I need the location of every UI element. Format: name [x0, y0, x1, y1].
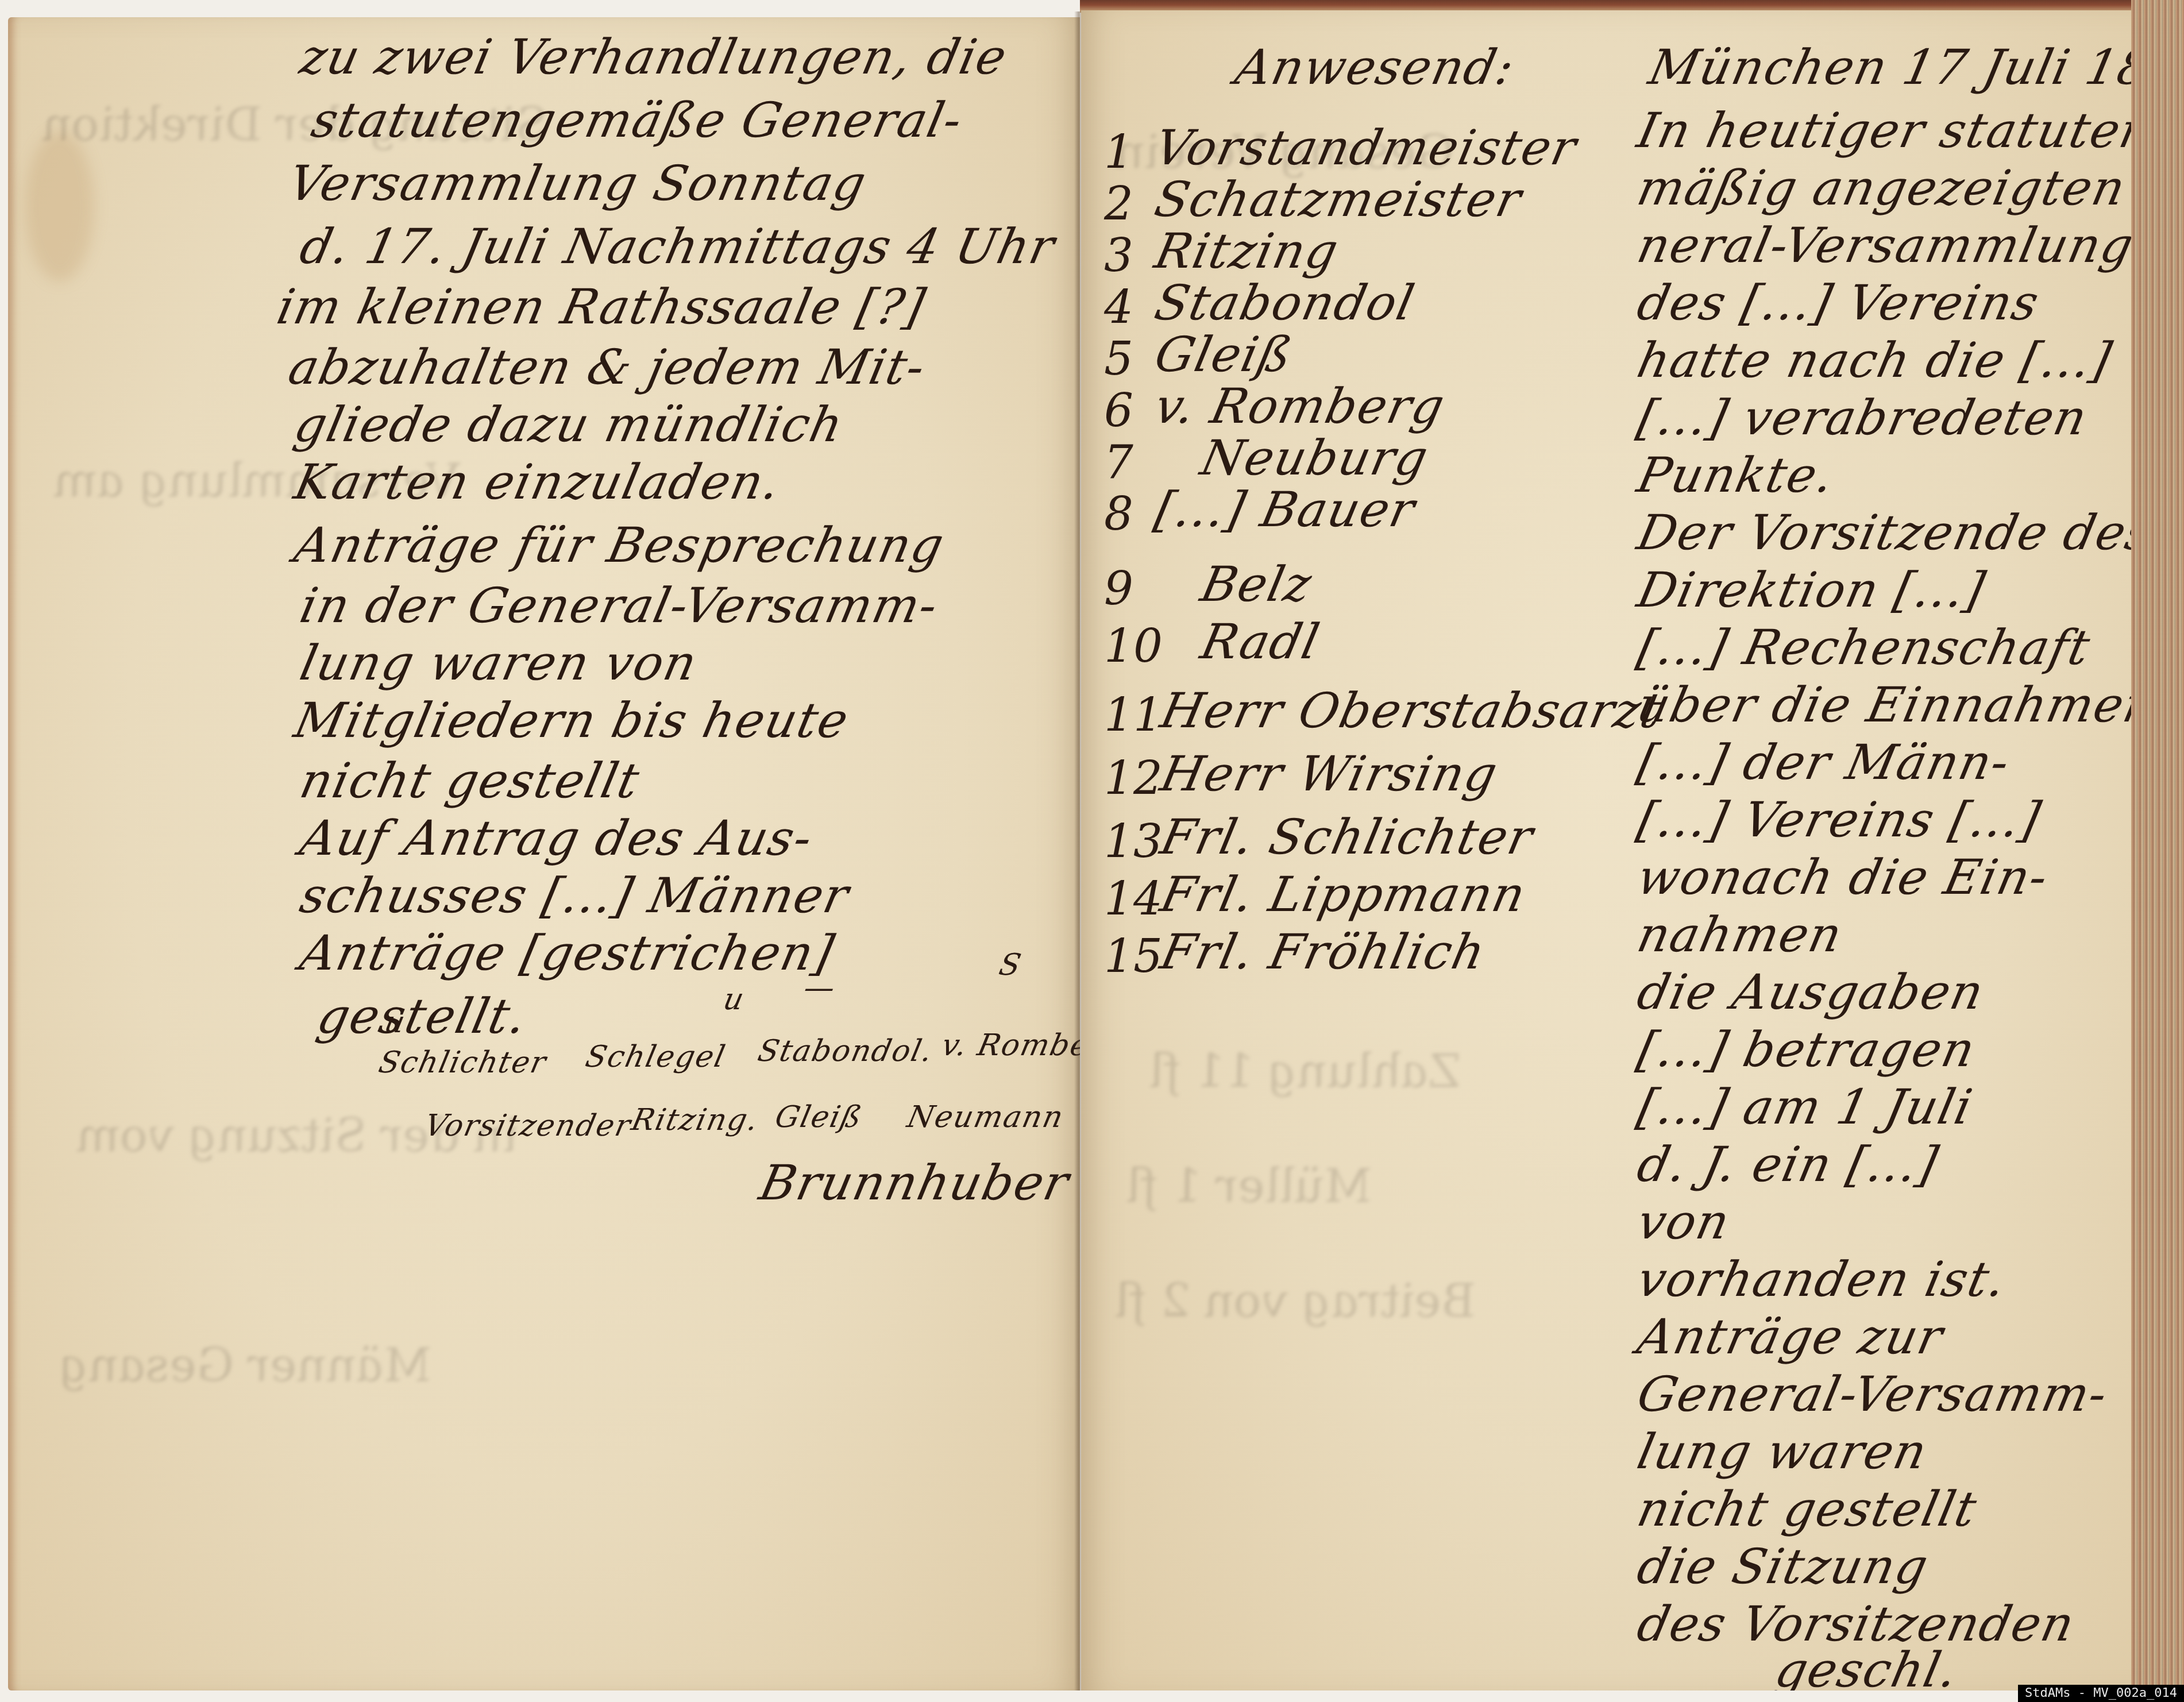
text-line: abzuhalten & jedem Mit-: [284, 339, 931, 395]
text-line: [...] betragen: [1633, 1021, 1981, 1078]
attendee: Gleiß: [1150, 326, 1298, 383]
text-line: schusses [...] Männer: [295, 867, 854, 924]
attendee: Frl. Lippmann: [1156, 866, 1531, 923]
signature: Schlegel: [582, 1040, 729, 1074]
text-line: geschl.: [1770, 1642, 1963, 1691]
text-line: [...] verabredeten: [1633, 389, 2093, 446]
attendee: Schatzmeister: [1150, 171, 1527, 227]
text-line: nicht gestellt: [295, 752, 645, 809]
page-fore-edge: [2131, 0, 2184, 1702]
attendee: Frl. Schlichter: [1156, 809, 1539, 865]
text-line: [...] Vereins [...]: [1633, 792, 2046, 848]
text-line: vorhanden ist.: [1633, 1251, 2012, 1307]
text-line: wonach die Ein-: [1633, 849, 2054, 905]
text-line: nicht gestellt: [1633, 1481, 1982, 1537]
text-line: d. J. ein [...]: [1633, 1136, 1944, 1192]
scanned-book-spread: Sitzung der Direktion Versammlung am in …: [0, 0, 2184, 1702]
text-line: gestellt.: [312, 988, 533, 1044]
text-line: Mitgliedern bis heute: [290, 692, 854, 748]
date-line: München 17 Juli 1864.: [1644, 39, 2132, 95]
text-line: [...] der Männ-: [1633, 734, 2015, 790]
attendee: Herr Oberstabsarzt: [1156, 682, 1668, 739]
text-line: Punkte.: [1633, 447, 1840, 503]
text-line: [...] Rechenschaft: [1633, 619, 2096, 676]
text-line: mäßig angezeigten Ge-: [1633, 160, 2132, 216]
text-line: Versammlung Sonntag: [284, 155, 872, 211]
text-line: Der Vorsitzende des: [1633, 504, 2132, 561]
text-line: gliede dazu mündlich: [290, 396, 849, 453]
text-line: hatte nach die [...]: [1633, 332, 2117, 388]
text-line: im kleinen Rathssaale [?]: [272, 279, 931, 335]
text-line: über die Einnahmen: [1633, 677, 2132, 733]
text-line: lung waren: [1633, 1423, 1932, 1480]
text-line: Direktion [...]: [1633, 562, 1990, 618]
left-page: Sitzung der Direktion Versammlung am in …: [8, 17, 1080, 1691]
text-line: zu zwei Verhandlungen, die: [295, 29, 1013, 85]
text-line: Karten einzuladen.: [290, 454, 786, 510]
signature: v. Romberg: [939, 1028, 1080, 1063]
text-line: neral-Versammlung: [1633, 217, 2132, 273]
attendee: Vorstandmeister: [1150, 119, 1582, 176]
attendance-heading: Anwesend:: [1230, 39, 1520, 95]
signature: Vorsitzender: [422, 1109, 634, 1143]
right-page: Gesang Verein Zahlung 11 fl Müller 1 fl …: [1081, 10, 2132, 1691]
text-line: von: [1633, 1194, 1735, 1250]
signature: Ritzing.: [628, 1103, 762, 1137]
signature: Schlichter: [376, 1045, 550, 1080]
text-line: Anträge zur: [1633, 1309, 1948, 1365]
text-line: lung waren von: [295, 635, 703, 691]
signature: Neumann: [904, 1100, 1067, 1134]
text-line: In heutiger statuten-: [1633, 102, 2132, 159]
attendee: Belz: [1196, 556, 1317, 612]
text-line: Anträge für Besprechung: [290, 517, 950, 573]
text-line: Auf Antrag des Aus-: [295, 810, 818, 866]
attendee: [...] Bauer: [1150, 481, 1421, 538]
text-line: Anträge [gestrichen]: [295, 925, 840, 981]
attendee: Frl. Fröhlich: [1156, 924, 1491, 980]
attendee: Herr Wirsing: [1156, 746, 1503, 802]
signature: Stabondol.: [755, 1034, 936, 1068]
text-line: des [...] Vereins: [1633, 275, 2044, 331]
text-line: in der General-Versamm-: [295, 577, 944, 634]
archive-caption: StdAMs - MV_002a_014: [2018, 1685, 2184, 1702]
signature: Gleiß: [772, 1100, 866, 1134]
signature: Brunnhuber: [755, 1155, 1075, 1211]
attendee: Radl: [1196, 613, 1325, 670]
attendee: v. Romberg: [1150, 378, 1450, 434]
text-line: statutengemäße General-: [307, 92, 968, 148]
text-line: nahmen: [1633, 906, 1848, 963]
attendee: Neuburg: [1196, 430, 1434, 486]
text-line: d. 17. Juli Nachmittags 4 Uhr: [295, 218, 1060, 275]
text-line: General-Versamm-: [1633, 1366, 2113, 1422]
text-line: die Ausgaben: [1633, 964, 1989, 1020]
attendee: Ritzing: [1150, 223, 1344, 279]
text-line: die Sitzung: [1633, 1538, 1934, 1595]
text-line: [...] am 1 Juli: [1633, 1079, 1978, 1135]
attendee: Stabondol: [1150, 275, 1420, 331]
